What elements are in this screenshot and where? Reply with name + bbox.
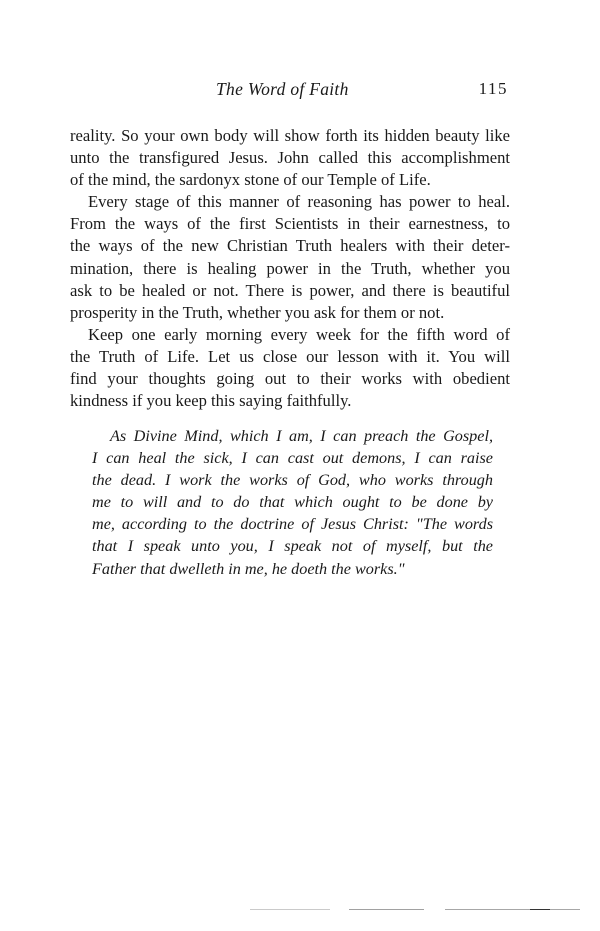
text-line: the Truth of Life. Let us close our less… — [70, 346, 510, 368]
text-line: ask to be healed or not. There is power,… — [70, 280, 510, 302]
text-line: find your thoughts going out to their wo… — [70, 368, 510, 390]
running-title: The Word of Faith — [216, 79, 349, 100]
text-line: unto the transfigured Jesus. John called… — [70, 147, 510, 169]
quote-line: that I speak unto you, I speak not of my… — [92, 535, 493, 557]
scan-artifact-line — [445, 909, 580, 910]
text-line: kindness if you keep this saying faithfu… — [70, 390, 510, 412]
text-line: Keep one early morning every week for th… — [70, 324, 510, 346]
quote-line: Father that dwelleth in me, he doeth the… — [92, 558, 493, 580]
italic-affirmation-block: As Divine Mind, which I am, I can preach… — [92, 425, 493, 580]
text-line: of the mind, the sardonyx stone of our T… — [70, 169, 510, 191]
scan-artifact-line — [349, 909, 424, 910]
text-line: the ways of the new Christian Truth heal… — [70, 235, 510, 257]
scan-artifact-line — [250, 909, 330, 910]
quote-line: I can heal the sick, I can cast out demo… — [92, 447, 493, 469]
quote-line: the dead. I work the works of God, who w… — [92, 469, 493, 491]
text-line: reality. So your own body will show fort… — [70, 125, 510, 147]
scan-artifact-line — [530, 909, 550, 910]
quote-line: As Divine Mind, which I am, I can preach… — [92, 425, 493, 447]
page-number: 115 — [479, 79, 508, 99]
running-head: The Word of Faith 115 — [70, 79, 508, 103]
text-line: Every stage of this manner of reasoning … — [70, 191, 510, 213]
quote-line: me, according to the doctrine of Jesus C… — [92, 513, 493, 535]
text-line: mination, there is healing power in the … — [70, 258, 510, 280]
body-text: reality. So your own body will show fort… — [70, 125, 510, 412]
text-line: From the ways of the first Scientists in… — [70, 213, 510, 235]
quote-line: me to will and to do that which ought to… — [92, 491, 493, 513]
text-line: prosperity in the Truth, whether you ask… — [70, 302, 510, 324]
book-page: The Word of Faith 115 reality. So your o… — [0, 0, 600, 931]
